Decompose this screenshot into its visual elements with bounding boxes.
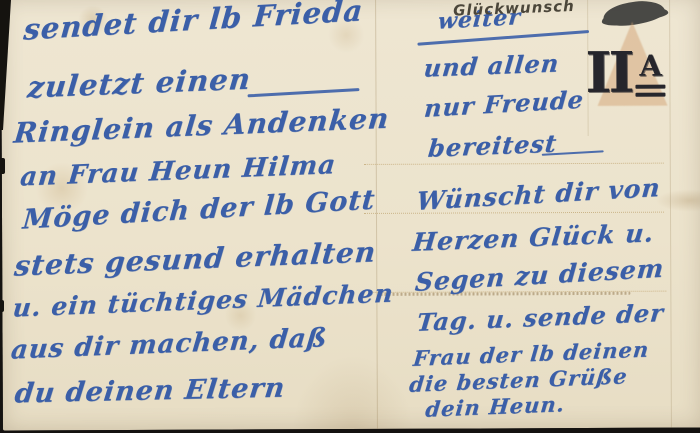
handwriting-line: nur Freude: [423, 85, 585, 123]
handwriting-line: u. ein tüchtiges Mädchen: [11, 279, 395, 323]
center-crease-line: [375, 0, 378, 429]
handwriting-line: bereitest: [427, 129, 559, 163]
handwriting-line: sendet dir lb Frieda: [22, 0, 364, 47]
handwriting-line: Wünscht dir von: [415, 173, 661, 216]
handwriting-line: dein Heun.: [424, 391, 566, 422]
postcard: sendet dir lb Frieda zuletzt einen Ringl…: [1, 0, 700, 431]
postal-rate-stamp-IIa: II A: [585, 48, 666, 100]
address-ruling-line: [364, 212, 664, 214]
handwriting-line: Herzen Glück u.: [411, 218, 656, 257]
handwriting-line: an Frau Heun Hilma: [19, 150, 338, 193]
stamp-underline-bar: [636, 93, 666, 97]
stamp-letter: A: [639, 52, 662, 81]
ink-flourish-stroke: [247, 88, 359, 97]
handwriting-line: Ringlein als Andenken: [12, 102, 391, 150]
handwriting-line: aus dir machen, daß: [9, 323, 328, 366]
scan-edge-nick: [0, 158, 5, 174]
handwriting-line: Möge dich der lb Gott: [21, 184, 376, 235]
stamp-numeral: II: [585, 48, 632, 100]
scan-edge-nick: [0, 300, 4, 312]
right-crease-line: [669, 0, 672, 428]
glueckwunsch-annotation: Glückwunsch: [453, 0, 575, 20]
address-ruling-line: [364, 163, 664, 165]
handwriting-line: du deinen Eltern: [13, 373, 287, 410]
scan-background: sendet dir lb Frieda zuletzt einen Ringl…: [0, 0, 700, 433]
stamp-underline-bar: [636, 85, 666, 89]
handwriting-line: zuletzt einen: [26, 62, 253, 105]
handwriting-line: stets gesund erhalten: [13, 235, 378, 282]
handwriting-line: und allen: [422, 48, 560, 82]
handwriting-line: Tag. u. sende der: [415, 298, 665, 337]
